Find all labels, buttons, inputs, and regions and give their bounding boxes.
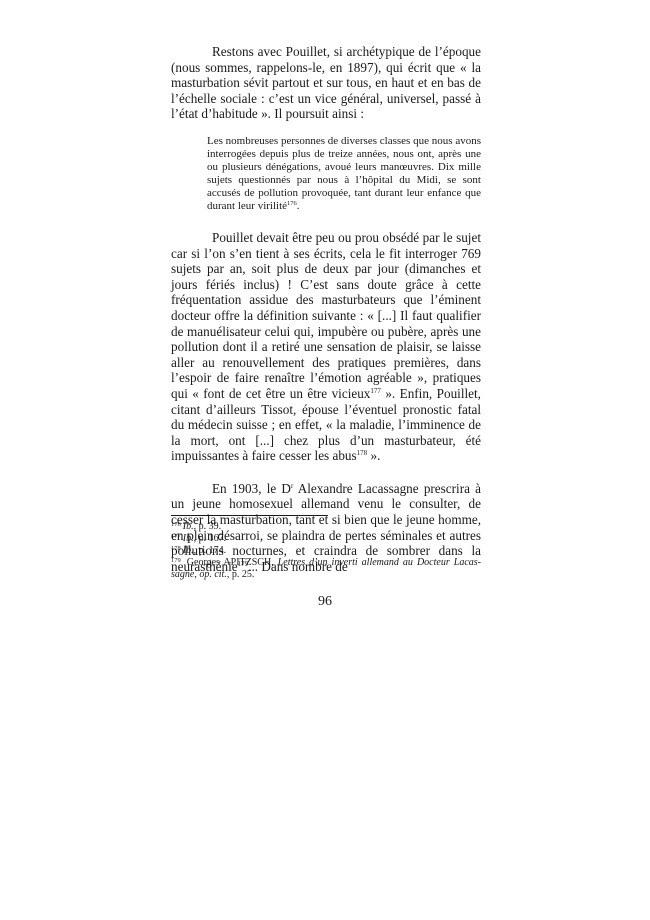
footnote-178: 178Ib., p. 174. <box>171 545 481 557</box>
quotation-text: Les nombreuses personnes de diverses cla… <box>207 135 481 212</box>
quotation-end: . <box>297 200 300 212</box>
footnote-number: 177 <box>171 533 181 540</box>
footnote-source: Ib. <box>183 533 194 544</box>
footnote-number: 178 <box>171 545 181 552</box>
paragraph-pouillet-obsession: Pouillet devait être peu ou prou obsédé … <box>171 230 481 464</box>
footnote-page: , p. 167. <box>194 533 227 544</box>
footnote-176: 176Ib., p. 39. <box>171 521 481 533</box>
footnote-author: Georges APITZSCH, <box>183 557 278 568</box>
footnote-op-cit: op. cit. <box>199 569 227 580</box>
page-number: 96 <box>0 594 650 610</box>
footnote-177: 177Ib., p. 167. <box>171 533 481 545</box>
footnote-page: , p. 25. <box>227 569 255 580</box>
paragraph-text-c: ». <box>367 448 380 463</box>
footnote-separator <box>171 515 328 516</box>
footnote-number: 179 <box>171 557 181 564</box>
footnote-ref-177[interactable]: 177 <box>370 387 381 395</box>
page-body: Restons avec Pouillet, si archétypique d… <box>171 44 481 574</box>
footnote-ref-176[interactable]: 176 <box>287 200 297 207</box>
paragraph-pouillet-intro: Restons avec Pouillet, si archétypique d… <box>171 44 481 122</box>
paragraph-text: Restons avec Pouillet, si archétypique d… <box>171 44 481 121</box>
footnote-number: 176 <box>171 521 181 528</box>
footnote-source: Ib. <box>183 545 194 556</box>
block-quotation: Les nombreuses personnes de diverses cla… <box>207 135 481 213</box>
footnotes: 176Ib., p. 39. 177Ib., p. 167. 178Ib., p… <box>171 521 481 581</box>
paragraph-text-a: En 1903, le D <box>212 481 291 496</box>
footnote-page: , p. 39. <box>194 521 222 532</box>
footnote-ref-178[interactable]: 178 <box>357 449 368 457</box>
footnote-179: 179 Georges APITZSCH, Lettres d’un inver… <box>171 557 481 581</box>
paragraph-text-a: Pouillet devait être peu ou prou obsédé … <box>171 230 481 401</box>
footnote-source: Ib. <box>183 521 194 532</box>
footnote-page: , p. 174. <box>194 545 227 556</box>
